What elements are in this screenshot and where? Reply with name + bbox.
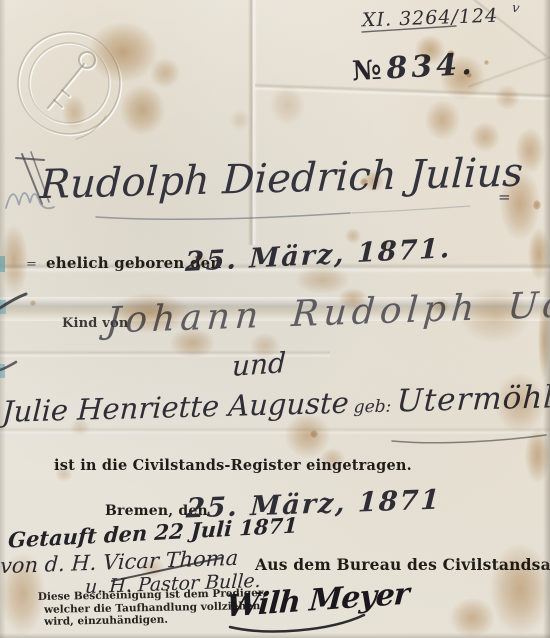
- stain-spot: [310, 430, 318, 438]
- bureau-line: Aus dem Bureau des Civilstandsamt.: [255, 555, 550, 574]
- father-name: Johann Rudolph Ude: [105, 283, 550, 341]
- stain-spot: [150, 58, 180, 88]
- ref-number: XI. 3264/124: [362, 5, 499, 32]
- child-name: Rudolph Diedrich Julius: [39, 150, 511, 208]
- edge-ink-blob-1: [0, 294, 26, 308]
- mother-given-names: Julie Henriette Auguste: [1, 386, 349, 429]
- registered-line: ist in die Civilstands-Register eingetra…: [54, 457, 412, 474]
- document-scan: Mi XI. 3264/124 v № 834. Rudolph Diedric…: [0, 0, 550, 638]
- maiden-label: geb:: [353, 397, 391, 418]
- paper-crease: [0, 427, 550, 435]
- conjunction-und: und: [231, 346, 286, 383]
- numero-sign: №: [351, 55, 382, 87]
- born-date: 25. März, 1871.: [185, 233, 452, 278]
- edge-ink-blob-2: [0, 362, 16, 370]
- stain-spot: [425, 100, 460, 140]
- stain-spot: [495, 85, 520, 110]
- stain-spot: [528, 228, 550, 280]
- stain-spot: [470, 122, 500, 152]
- stain-spot: [533, 200, 541, 210]
- embossed-seal-icon: [10, 24, 128, 142]
- stain-spot: [484, 60, 489, 65]
- mother-maiden-name: Utermöhlen: [396, 378, 550, 419]
- left-edge-shadow: [0, 0, 6, 638]
- document-number-value: 834.: [386, 47, 477, 87]
- stain-spot: [270, 85, 305, 125]
- document-number: № 834.: [351, 47, 476, 88]
- stain-spot: [525, 428, 550, 483]
- paper-crease: [0, 364, 5, 378]
- stain-spot: [230, 110, 250, 130]
- paper-crease: [248, 0, 257, 245]
- corner-tick-mark: v: [511, 1, 520, 17]
- stain-spot: [30, 300, 36, 306]
- born-prefix-mark: =: [26, 257, 37, 272]
- child-name-underline: [96, 213, 350, 219]
- stain-spot: [450, 598, 495, 638]
- mother-name-line: Julie Henriette Auguste geb: Utermöhlen: [1, 378, 550, 430]
- bottom-edge-shadow: [0, 633, 550, 638]
- maiden-underline: [392, 435, 546, 443]
- paper-crease: [468, 47, 550, 88]
- paper-crease: [0, 300, 6, 314]
- paper-crease: [0, 256, 5, 272]
- child-name-underline-2: [352, 206, 470, 213]
- name-end-mark: =: [498, 188, 511, 206]
